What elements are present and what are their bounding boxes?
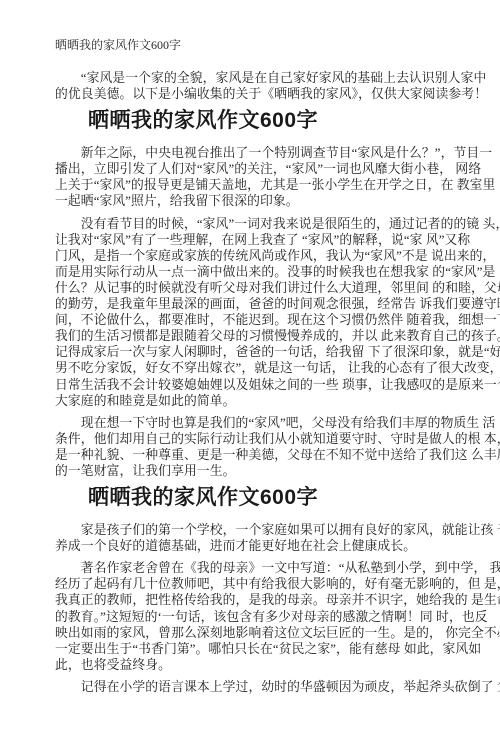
essay-1-paragraph-1: 新年之际，中央电视台推出了一个特别调查节目“家风是什么？”，节目一 播出，立即引… (55, 145, 450, 209)
essay-2-paragraph-1: 家是孩子们的第一个学校，一个家庭如果可以拥有良好的家风，就能让孩 子 养成一个良… (55, 522, 450, 554)
document-page: 晒晒我的家风作文600字 “家风是一个家的全貌，家风是在自己家好家风的基础上去认… (0, 0, 500, 741)
essay-section-1: 晒晒我的家风作文600字 新年之际，中央电视台推出了一个特别调查节目“家风是什么… (55, 108, 450, 479)
document-kicker-title: 晒晒我的家风作文600字 (55, 38, 450, 53)
essay-1-heading: 晒晒我的家风作文600字 (55, 108, 450, 133)
essay-2-heading: 晒晒我的家风作文600字 (55, 485, 450, 510)
essay-2-paragraph-2: 著名作家老舍曾在《我的母亲》一文中写道：“从私塾到小学，到中学， 我 经历了起码… (55, 560, 450, 673)
intro-paragraph: “家风是一个家的全貌，家风是在自己家好家风的基础上去认识别人家中 的优良美德。以… (55, 70, 450, 102)
essay-section-2: 晒晒我的家风作文600字 家是孩子们的第一个学校，一个家庭如果可以拥有良好的家风… (55, 485, 450, 695)
essay-1-paragraph-3: 现在想一下守时也算是我们的“家风”吧，父母没有给我们丰厚的物质生 活 条件，他们… (55, 415, 450, 479)
essay-2-paragraph-3: 记得在小学的语言课本上学过，幼时的华盛顿因为顽皮，举起斧头砍倒了 父 (55, 679, 450, 695)
essay-1-paragraph-2: 没有看节目的时候，“家风”一词对我来说是很陌生的，通过记者的的镜 头， 让我对“… (55, 216, 450, 409)
